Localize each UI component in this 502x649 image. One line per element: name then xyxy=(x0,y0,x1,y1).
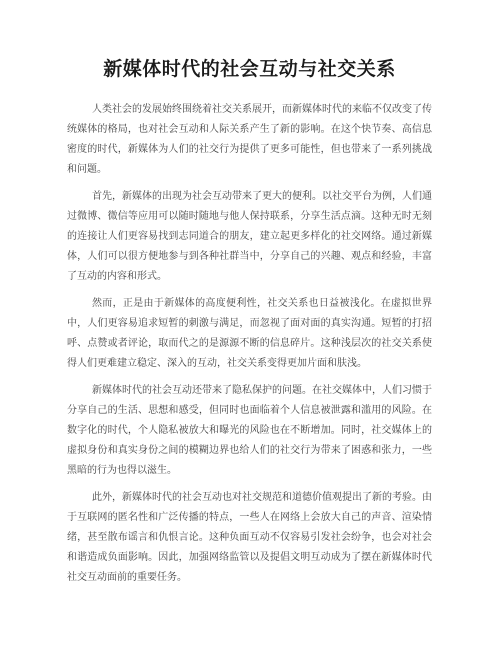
paragraph-privacy: 新媒体时代的社会互动还带来了隐私保护的问题。在社交媒体中，人们习惯于分享自己的生… xyxy=(67,381,432,481)
paragraph-convenience: 首先，新媒体的出现为社会互动带来了更大的便利。以社交平台为例，人们通过微博、微信… xyxy=(67,187,432,287)
document-title: 新媒体时代的社会互动与社交关系 xyxy=(67,57,432,83)
paragraph-intro: 人类社会的发展始终围绕着社交关系展开，而新媒体时代的来临不仅改变了传统媒体的格局… xyxy=(67,100,432,180)
document-body: 人类社会的发展始终围绕着社交关系展开，而新媒体时代的来临不仅改变了传统媒体的格局… xyxy=(67,100,432,588)
document-page: 新媒体时代的社会互动与社交关系 人类社会的发展始终围绕着社交关系展开，而新媒体时… xyxy=(0,0,502,649)
paragraph-norms-conclusion: 此外，新媒体时代的社会互动也对社交规范和道德价值观提出了新的考验。由于互联网的匿… xyxy=(67,488,432,588)
paragraph-shallow-relations: 然而，正是由于新媒体的高度便利性，社交关系也日益被浅化。在虚拟世界中，人们更容易… xyxy=(67,294,432,374)
